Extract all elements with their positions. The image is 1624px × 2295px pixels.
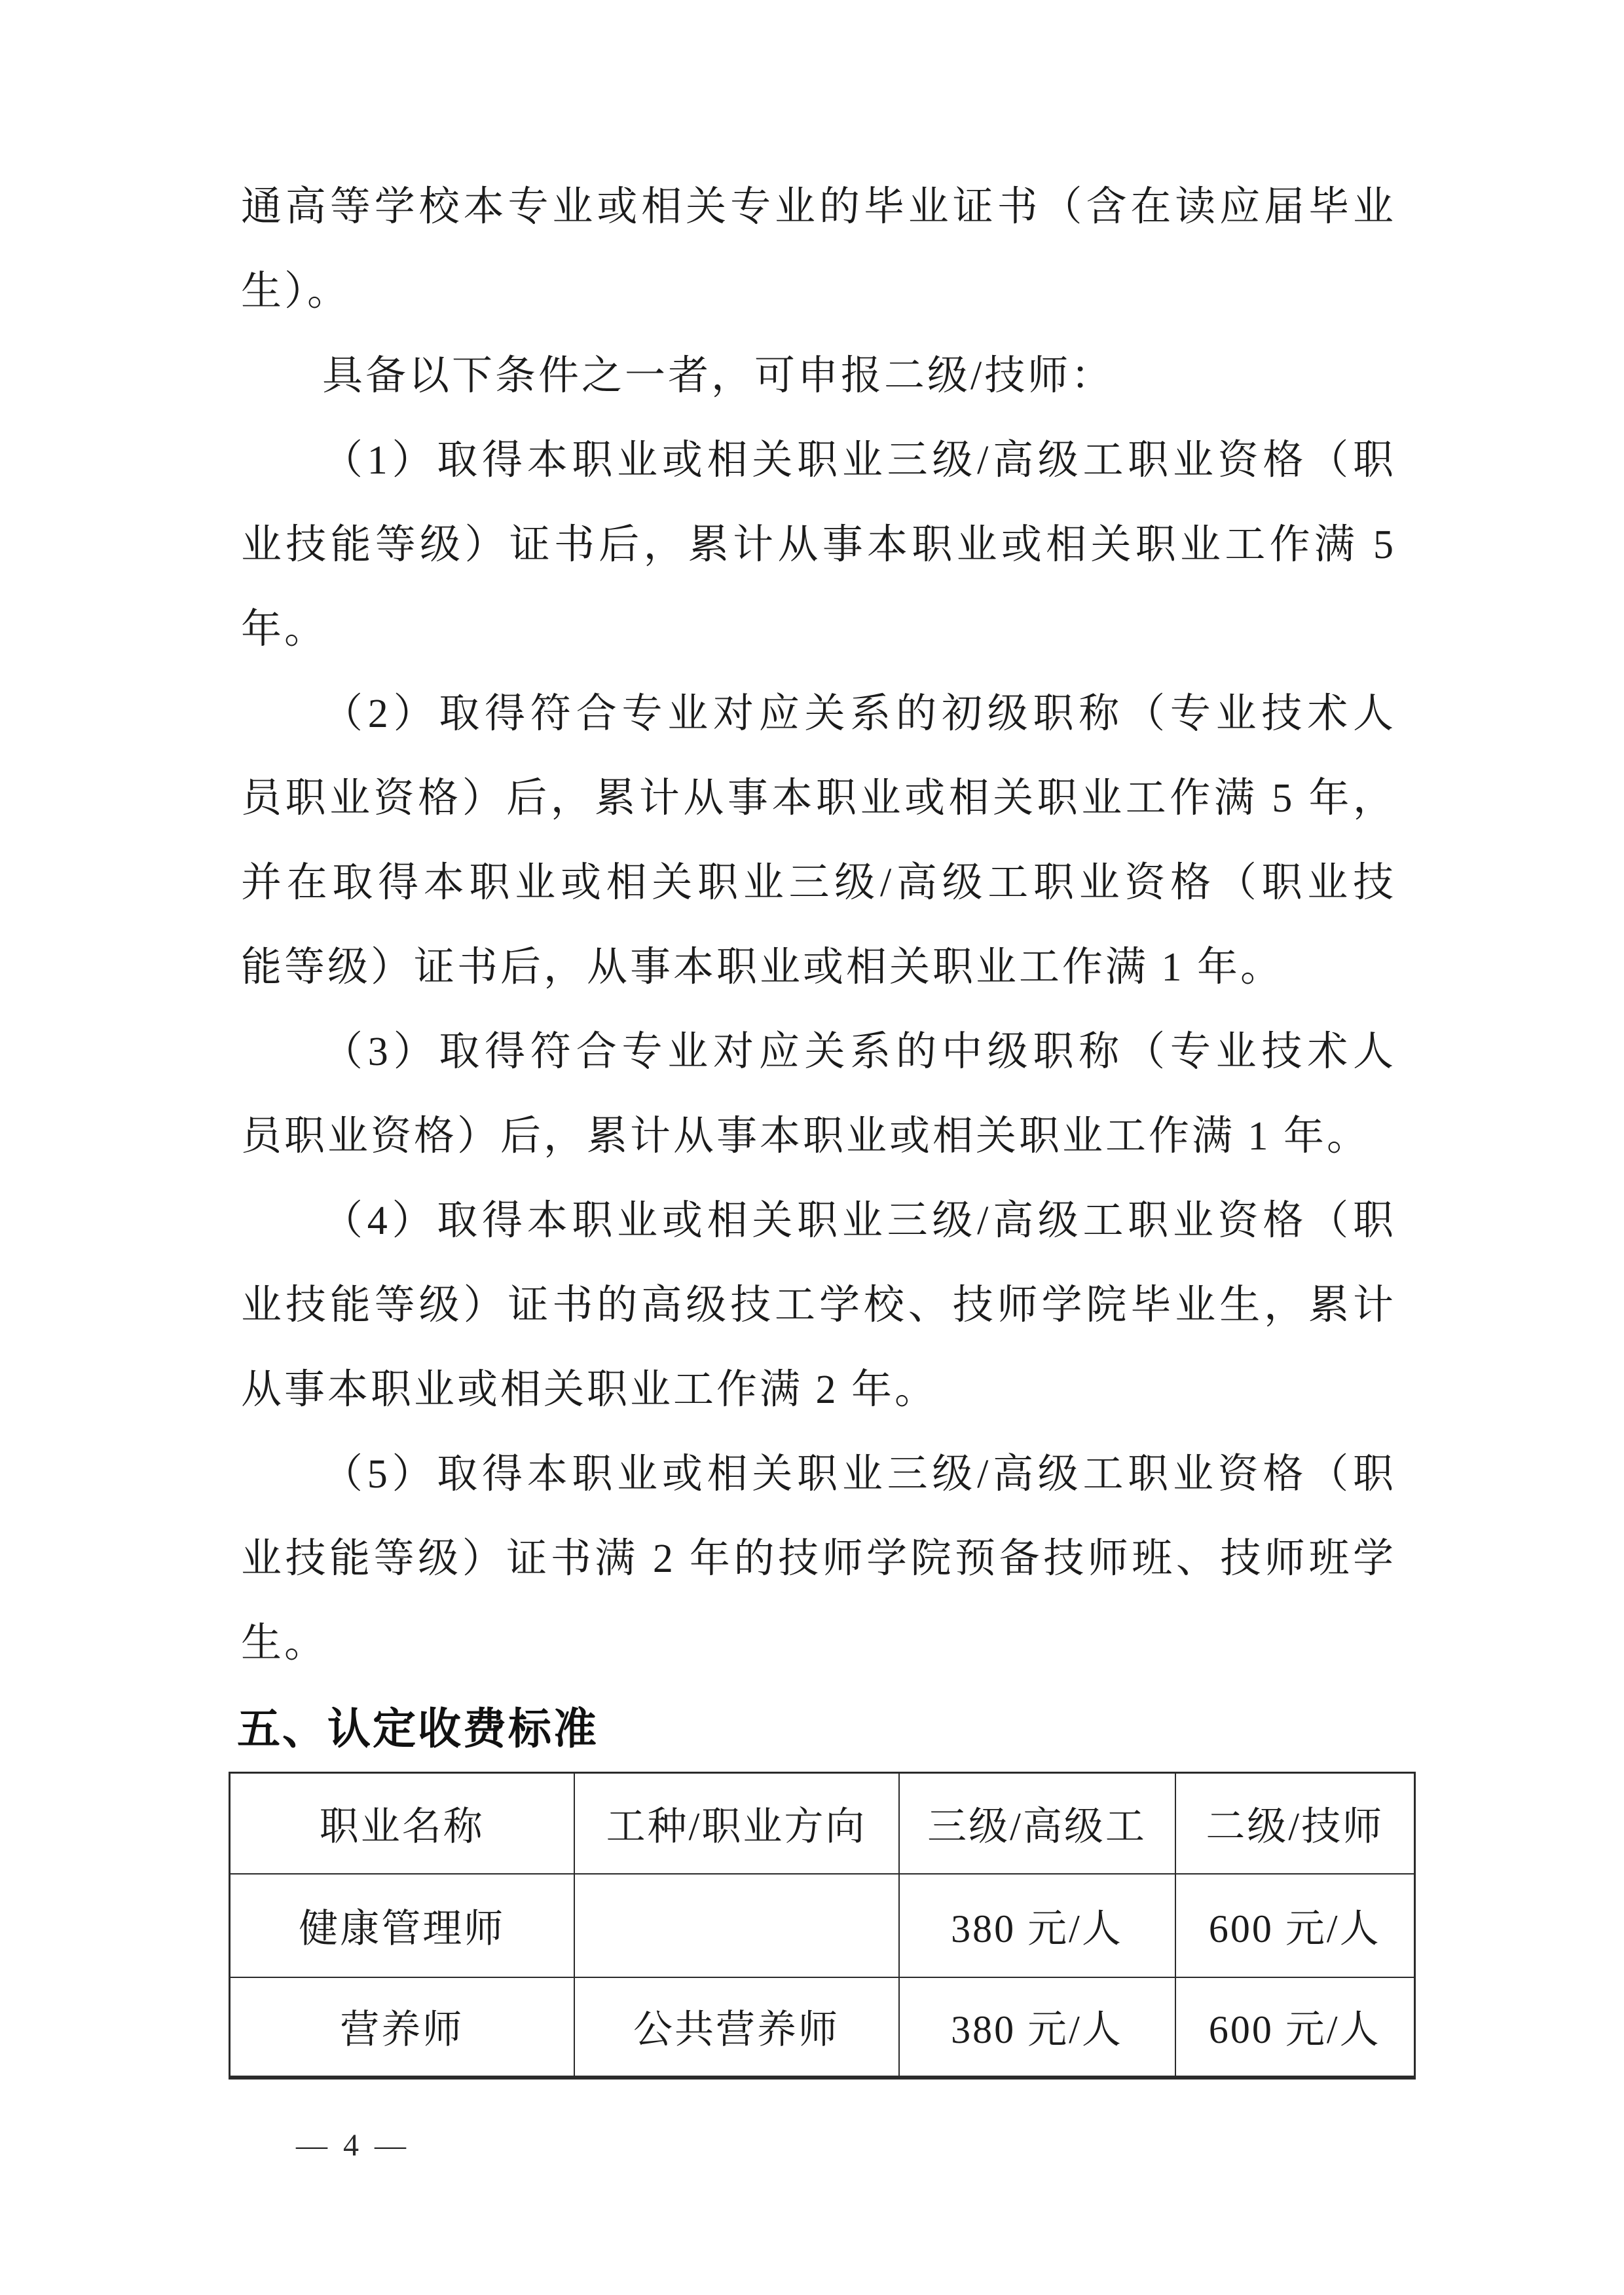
text-line: （2）取得符合专业对应关系的初级职称（专业技术人 — [241, 672, 1396, 756]
table-header-level2: 二级/技师 — [1175, 1773, 1415, 1874]
section-heading: 五、认定收费标准 — [237, 1696, 1392, 1762]
text-line: 从事本职业或相关职业工作满 2 年。 — [241, 1348, 1396, 1432]
table-cell: 健康管理师 — [230, 1874, 574, 1977]
text-line: 业技能等级）证书满 2 年的技师学院预备技师班、技师班学 — [241, 1517, 1396, 1601]
table-cell: 380 元/人 — [899, 1977, 1175, 2078]
text-line: 业技能等级）证书的高级技工学校、技师学院毕业生，累计 — [241, 1263, 1396, 1348]
text-line: 通高等学校本专业或相关专业的毕业证书（含在读应届毕业 — [241, 165, 1396, 250]
table-header-worktype: 工种/职业方向 — [574, 1773, 899, 1874]
table-cell: 380 元/人 — [899, 1874, 1175, 1977]
table-cell: 600 元/人 — [1175, 1977, 1415, 2078]
body-text: 通高等学校本专业或相关专业的毕业证书（含在读应届毕业 生）。 具备以下条件之一者… — [241, 165, 1396, 1686]
text-line: （5）取得本职业或相关职业三级/高级工职业资格（职 — [241, 1432, 1396, 1517]
fee-table: 职业名称 工种/职业方向 三级/高级工 二级/技师 健康管理师 380 元/人 … — [229, 1772, 1416, 2080]
page-number: — 4 — — [296, 2127, 410, 2163]
text-line: 员职业资格）后，累计从事本职业或相关职业工作满 5 年， — [241, 756, 1396, 841]
table-cell: 公共营养师 — [574, 1977, 899, 2078]
table-header-level3: 三级/高级工 — [899, 1773, 1175, 1874]
table-cell: 营养师 — [230, 1977, 574, 2078]
text-line: 业技能等级）证书后，累计从事本职业或相关职业工作满 5 — [241, 503, 1396, 588]
table-cell: 600 元/人 — [1175, 1874, 1415, 1977]
text-line: 能等级）证书后，从事本职业或相关职业工作满 1 年。 — [241, 925, 1396, 1010]
text-line: 生。 — [241, 1601, 1396, 1686]
table-header-row: 职业名称 工种/职业方向 三级/高级工 二级/技师 — [230, 1773, 1415, 1874]
text-line: （3）取得符合专业对应关系的中级职称（专业技术人 — [241, 1010, 1396, 1094]
text-line: 具备以下条件之一者，可申报二级/技师： — [241, 334, 1396, 419]
text-line: 生）。 — [241, 250, 1396, 334]
table-row: 营养师 公共营养师 380 元/人 600 元/人 — [230, 1977, 1415, 2078]
document-page: 通高等学校本专业或相关专业的毕业证书（含在读应届毕业 生）。 具备以下条件之一者… — [0, 0, 1624, 2295]
text-line: （1）取得本职业或相关职业三级/高级工职业资格（职 — [241, 419, 1396, 503]
table-header-occupation: 职业名称 — [230, 1773, 574, 1874]
text-line: （4）取得本职业或相关职业三级/高级工职业资格（职 — [241, 1179, 1396, 1263]
text-line: 并在取得本职业或相关职业三级/高级工职业资格（职业技 — [241, 841, 1396, 925]
table-cell — [574, 1874, 899, 1977]
text-line: 员职业资格）后，累计从事本职业或相关职业工作满 1 年。 — [241, 1094, 1396, 1179]
text-line: 年。 — [241, 588, 1396, 672]
table-row: 健康管理师 380 元/人 600 元/人 — [230, 1874, 1415, 1977]
